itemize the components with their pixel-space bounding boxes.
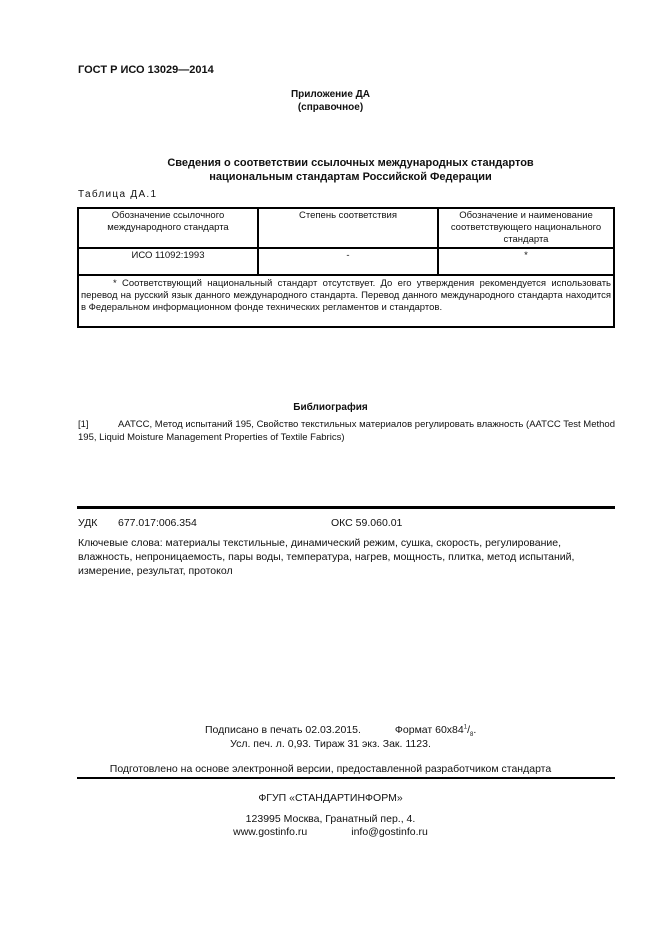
bibliography-title: Библиография <box>0 402 661 413</box>
table-label: Таблица ДА.1 <box>78 189 157 200</box>
section-title-line1: Сведения о соответствии ссылочных междун… <box>40 156 661 170</box>
annex-subtitle: (справочное) <box>0 101 661 114</box>
cell-degree: - <box>258 248 438 275</box>
table-row: ИСО 11092:1993 - * <box>78 248 614 275</box>
imprint-format-sup: 1 <box>464 725 467 731</box>
document-code: ГОСТ Р ИСО 13029—2014 <box>78 64 214 76</box>
imprint-prepared-note: Подготовлено на основе электронной верси… <box>0 763 661 775</box>
annex-title: Приложение ДА <box>0 88 661 101</box>
table-footnote: * Соответствующий национальный стандарт … <box>81 278 611 313</box>
column-header-ref-line1: Обозначение ссылочного <box>83 210 253 222</box>
column-header-degree-line1: Степень соответствия <box>263 210 433 222</box>
table-footnote-cell: * Соответствующий национальный стандарт … <box>78 275 614 327</box>
correspondence-table: Обозначение ссылочного международного ст… <box>77 207 615 328</box>
imprint-signed: Подписано в печать 02.03.2015. <box>205 724 361 736</box>
cell-national: * <box>438 248 614 275</box>
publisher-address: 123995 Москва, Гранатный пер., 4. <box>0 813 661 825</box>
column-header-ref: Обозначение ссылочного международного ст… <box>78 208 258 248</box>
bibliography-entry-number: [1] <box>78 418 118 431</box>
cell-ref: ИСО 11092:1993 <box>78 248 258 275</box>
table-footnote-row: * Соответствующий национальный стандарт … <box>78 275 614 327</box>
column-header-ref-line2: международного стандарта <box>83 222 253 234</box>
imprint-format: Формат 60x841/8. <box>395 724 476 736</box>
publisher-name: ФГУП «СТАНДАРТИНФОРМ» <box>0 792 661 804</box>
publisher-contacts: www.gostinfo.ruinfo@gostinfo.ru <box>0 826 661 838</box>
section-title: Сведения о соответствии ссылочных междун… <box>40 156 661 184</box>
publisher-email: info@gostinfo.ru <box>351 826 428 838</box>
column-header-national-line3: стандарта <box>443 234 609 246</box>
oks-code: ОКС 59.060.01 <box>331 517 402 529</box>
publisher-website: www.gostinfo.ru <box>233 826 307 838</box>
column-header-degree: Степень соответствия <box>258 208 438 248</box>
imprint-format-label: Формат 60x84 <box>395 724 464 736</box>
imprint-print-details: Усл. печ. л. 0,93. Тираж 31 экз. Зак. 11… <box>0 738 661 750</box>
annex-heading: Приложение ДА (справочное) <box>0 88 661 114</box>
column-header-national-line2: соответствующего национального <box>443 222 609 234</box>
divider-thick <box>77 506 615 509</box>
udk-value: 677.017:006.354 <box>118 517 197 529</box>
table-header-row: Обозначение ссылочного международного ст… <box>78 208 614 248</box>
section-title-line2: национальным стандартам Российской Федер… <box>40 170 661 184</box>
column-header-national: Обозначение и наименование соответствующ… <box>438 208 614 248</box>
keywords: Ключевые слова: материалы текстильные, д… <box>78 536 618 578</box>
divider-thin <box>77 777 615 779</box>
udk-label: УДК <box>78 517 97 529</box>
column-header-national-line1: Обозначение и наименование <box>443 210 609 222</box>
imprint-signed-line: Подписано в печать 02.03.2015.Формат 60x… <box>205 724 476 738</box>
bibliography-entry: [1]AATCC, Метод испытаний 195, Свойство … <box>78 418 615 444</box>
bibliography-entry-text: AATCC, Метод испытаний 195, Свойство тек… <box>78 419 615 443</box>
